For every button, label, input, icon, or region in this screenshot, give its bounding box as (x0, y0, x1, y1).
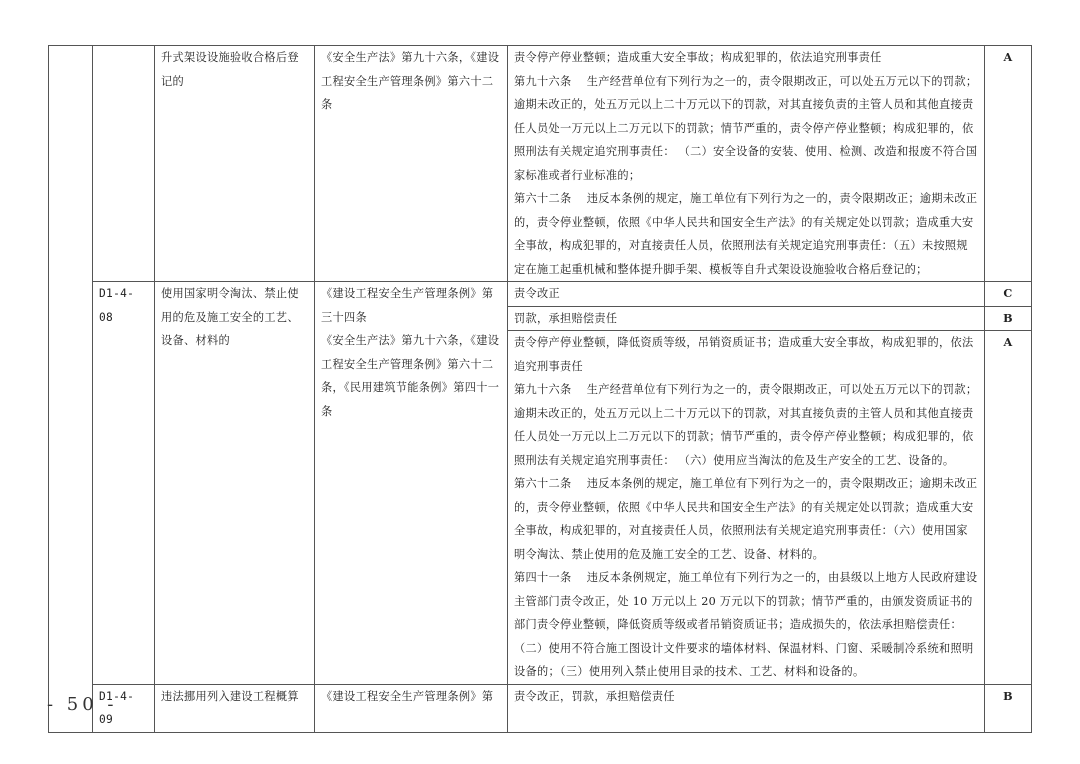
grade-cell: A (985, 46, 1032, 282)
penalty-cell: 责令改正 (508, 282, 985, 307)
penalty-cell: 罚款，承担赔偿责任 (508, 306, 985, 331)
legal-basis-paragraph: 《安全生产法》第九十六条，《建设工程安全生产管理条例》第六十二条，《民用建筑节能… (321, 329, 501, 423)
penalty-cell: 责令改正，罚款，承担赔偿责任 (508, 684, 985, 732)
violation-cell: 使用国家明令淘汰、禁止使用的危及施工安全的工艺、设备、材料的 (155, 282, 315, 685)
legal-basis-cell: 《安全生产法》第九十六条，《建设工程安全生产管理条例》第六十二条 (315, 46, 508, 282)
penalty-paragraph: 第九十六条 生产经营单位有下列行为之一的，责令限期改正，可以处五万元以下的罚款；… (514, 378, 978, 472)
code-cell: D1-4-08 (93, 282, 155, 685)
penalty-paragraph: 责令停产停业整顿，降低资质等级，吊销资质证书；造成重大安全事故，构成犯罪的，依法… (514, 331, 978, 378)
penalty-paragraph: 责令停产停业整顿；造成重大安全事故；构成犯罪的，依法追究刑事责任 (514, 46, 978, 70)
grade-cell: A (985, 331, 1032, 685)
table-row: 升式架设设施验收合格后登记的 《安全生产法》第九十六条，《建设工程安全生产管理条… (49, 46, 1032, 282)
penalty-paragraph: 第九十六条 生产经营单位有下列行为之一的，责令限期改正，可以处五万元以下的罚款；… (514, 70, 978, 188)
grade-cell: B (985, 684, 1032, 732)
page-number: - 50 - (47, 694, 118, 715)
code-cell (93, 46, 155, 282)
penalty-paragraph: 第六十二条 违反本条例的规定，施工单位有下列行为之一的，责令限期改正；逾期未改正… (514, 472, 978, 566)
grade-cell: C (985, 282, 1032, 307)
category-cell (49, 46, 93, 733)
penalty-table: 升式架设设施验收合格后登记的 《安全生产法》第九十六条，《建设工程安全生产管理条… (48, 45, 1032, 733)
violation-cell: 升式架设设施验收合格后登记的 (155, 46, 315, 282)
table-row: D1-4-09 违法挪用列入建设工程概算 《建设工程安全生产管理条例》第 责令改… (49, 684, 1032, 732)
document-page: 升式架设设施验收合格后登记的 《安全生产法》第九十六条，《建设工程安全生产管理条… (0, 0, 1080, 764)
grade-cell: B (985, 306, 1032, 331)
penalty-paragraph: 第四十一条 违反本条例规定，施工单位有下列行为之一的，由县级以上地方人民政府建设… (514, 566, 978, 684)
legal-basis-cell: 《建设工程安全生产管理条例》第 (315, 684, 508, 732)
table-row: D1-4-08 使用国家明令淘汰、禁止使用的危及施工安全的工艺、设备、材料的 《… (49, 282, 1032, 307)
legal-basis-cell: 《建设工程安全生产管理条例》第三十四条 《安全生产法》第九十六条，《建设工程安全… (315, 282, 508, 685)
penalty-cell: 责令停产停业整顿，降低资质等级，吊销资质证书；造成重大安全事故，构成犯罪的，依法… (508, 331, 985, 685)
legal-basis-paragraph: 《建设工程安全生产管理条例》第三十四条 (321, 282, 501, 329)
violation-cell: 违法挪用列入建设工程概算 (155, 684, 315, 732)
penalty-paragraph: 第六十二条 违反本条例的规定，施工单位有下列行为之一的，责令限期改正；逾期未改正… (514, 187, 978, 281)
penalty-cell: 责令停产停业整顿；造成重大安全事故；构成犯罪的，依法追究刑事责任 第九十六条 生… (508, 46, 985, 282)
